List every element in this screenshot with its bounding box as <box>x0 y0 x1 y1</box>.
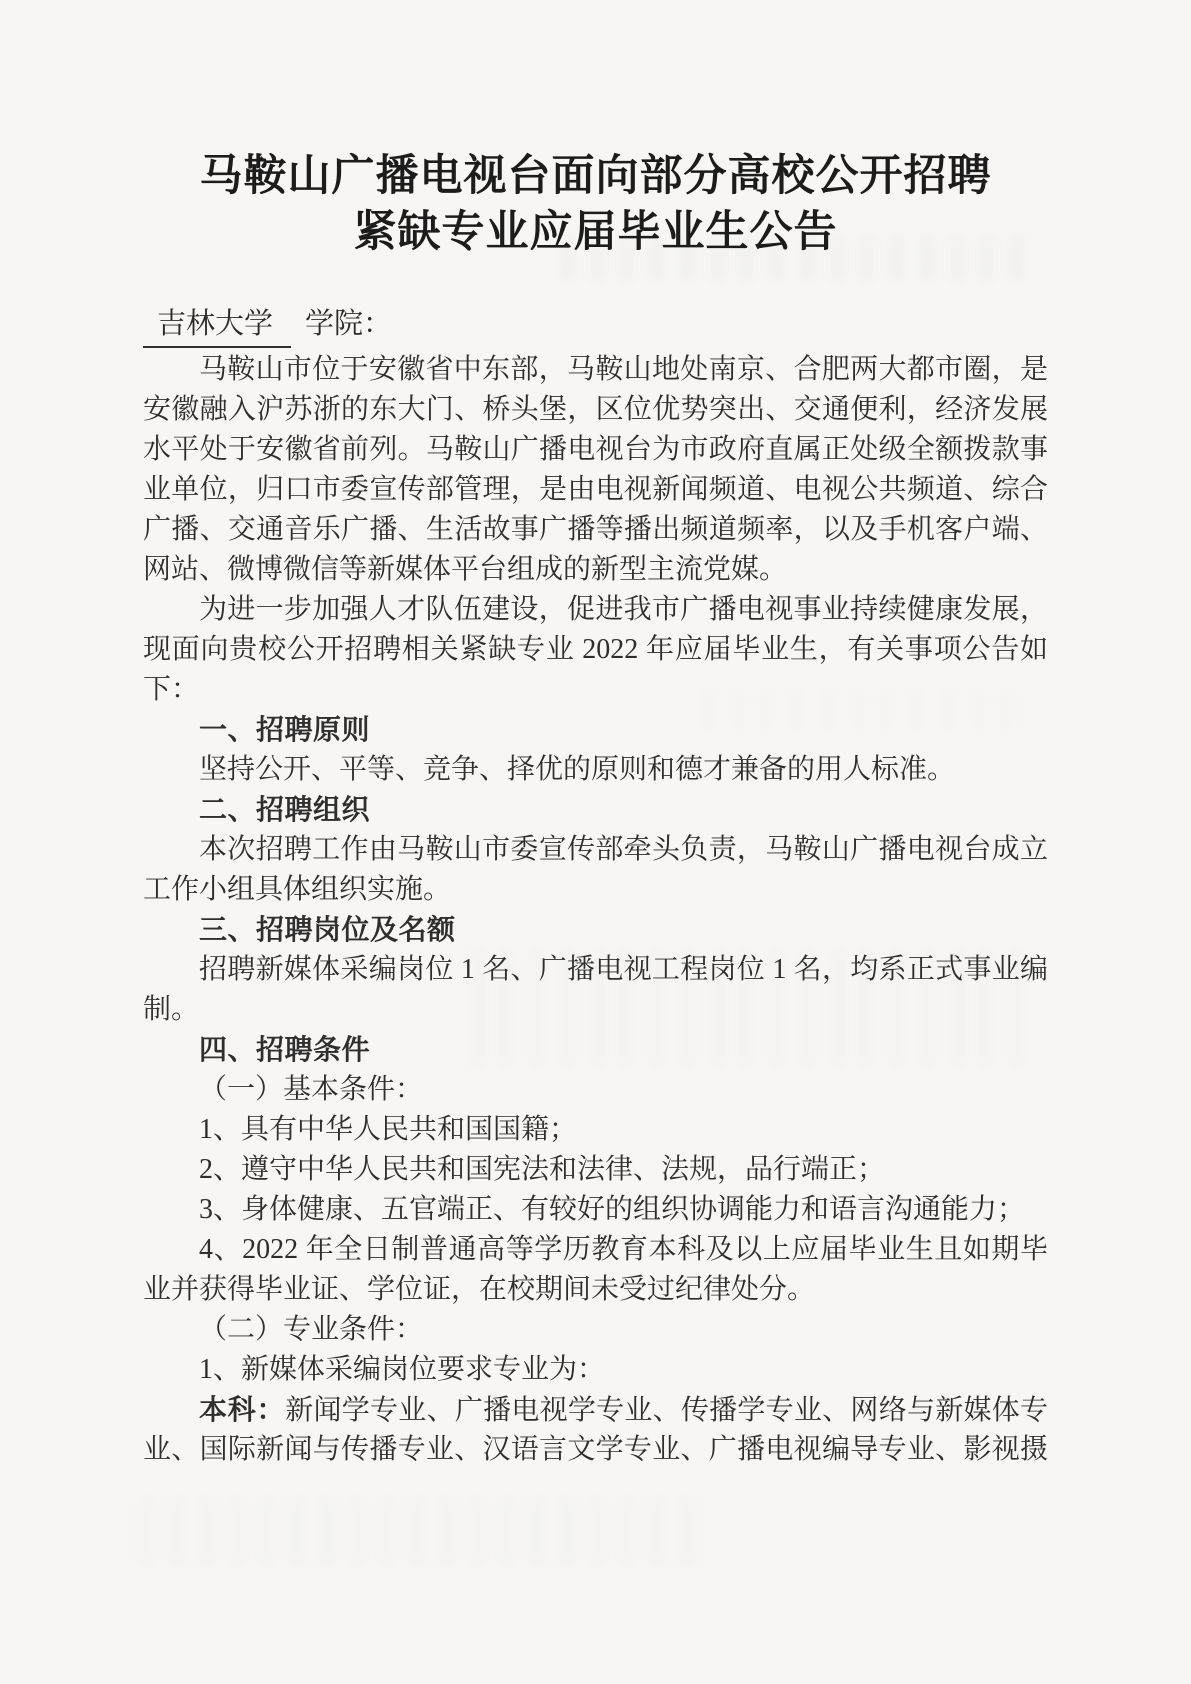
document-title: 马鞍山广播电视台面向部分高校公开招聘 紧缺专业应届毕业生公告 <box>0 148 1191 260</box>
text-run: 新闻学专业、广播电视学专业、传播学专业、网络与新媒体专 <box>285 1395 1048 1426</box>
text-run: 马鞍山市位于安徽省中东部，马鞍山地处南京、合肥两大都市圈，是 <box>199 354 1048 385</box>
bold-text-run: 本科： <box>199 1394 285 1425</box>
text-line: 马鞍山市位于安徽省中东部，马鞍山地处南京、合肥两大都市圈，是 <box>143 350 1048 390</box>
text-line: 业、国际新闻与传播专业、汉语言文学专业、广播电视编导专业、影视摄 <box>143 1430 1048 1470</box>
text-run: 水平处于安徽省前列。马鞍山广播电视台为市政府直属正处级全额拨款事 <box>143 434 1048 465</box>
text-run: 广播、交通音乐广播、生活故事广播等播出频道频率，以及手机客户端、 <box>143 514 1048 545</box>
salutation-line: 吉林大学学院： <box>143 304 392 348</box>
text-line: 安徽融入沪苏浙的东大门、桥头堡，区位优势突出、交通便利，经济发展 <box>143 390 1048 430</box>
text-line: 工作小组具体组织实施。 <box>143 870 1048 910</box>
text-line: 为进一步加强人才队伍建设，促进我市广播电视事业持续健康发展， <box>143 590 1048 630</box>
text-run: 安徽融入沪苏浙的东大门、桥头堡，区位优势突出、交通便利，经济发展 <box>143 394 1048 425</box>
text-line: （二）专业条件： <box>143 1310 1048 1350</box>
text-run: 3、身体健康、五官端正、有较好的组织协调能力和语言沟通能力； <box>199 1194 1025 1225</box>
text-line: 坚持公开、平等、竞争、择优的原则和德才兼备的用人标准。 <box>143 750 1048 790</box>
text-run: 网站、微博微信等新媒体平台组成的新型主流党媒。 <box>143 554 787 585</box>
text-run: 工作小组具体组织实施。 <box>143 874 451 905</box>
text-line: 4、2022 年全日制普通高等学历教育本科及以上应届毕业生且如期毕 <box>143 1230 1048 1270</box>
text-line: 3、身体健康、五官端正、有较好的组织协调能力和语言沟通能力； <box>143 1190 1048 1230</box>
document-body: 马鞍山市位于安徽省中东部，马鞍山地处南京、合肥两大都市圈，是安徽融入沪苏浙的东大… <box>143 350 1048 1470</box>
text-line: 1、新媒体采编岗位要求专业为： <box>143 1350 1048 1390</box>
text-line: 本科：新闻学专业、广播电视学专业、传播学专业、网络与新媒体专 <box>143 1390 1048 1430</box>
title-line-1: 马鞍山广播电视台面向部分高校公开招聘 <box>0 148 1191 204</box>
text-run: 招聘新媒体采编岗位 1 名、广播电视工程岗位 1 名，均系正式事业编 <box>199 954 1048 985</box>
text-run: 本次招聘工作由马鞍山市委宣传部牵头负责，马鞍山广播电视台成立 <box>199 834 1048 865</box>
text-run: 现面向贵校公开招聘相关紧缺专业 2022 年应届毕业生，有关事项公告如 <box>143 634 1048 665</box>
text-run: 业、国际新闻与传播专业、汉语言文学专业、广播电视编导专业、影视摄 <box>143 1434 1048 1465</box>
text-run: 1、具有中华人民共和国国籍； <box>199 1114 577 1145</box>
text-line: 广播、交通音乐广播、生活故事广播等播出频道频率，以及手机客户端、 <box>143 510 1048 550</box>
text-line: 三、招聘岗位及名额 <box>143 910 1048 950</box>
text-line: 四、招聘条件 <box>143 1030 1048 1070</box>
recipient-name: 吉林大学 <box>143 304 291 348</box>
text-line: 现面向贵校公开招聘相关紧缺专业 2022 年应届毕业生，有关事项公告如 <box>143 630 1048 670</box>
scanned-document-page: 马鞍山广播电视台面向部分高校公开招聘 紧缺专业应届毕业生公告 吉林大学学院： 马… <box>0 0 1191 1684</box>
text-run: 下： <box>143 674 199 705</box>
text-line: （一）基本条件： <box>143 1070 1048 1110</box>
text-line: 一、招聘原则 <box>143 710 1048 750</box>
bold-text-run: 四、招聘条件 <box>199 1034 370 1065</box>
text-run: （二）专业条件： <box>199 1314 423 1345</box>
text-line: 本次招聘工作由马鞍山市委宣传部牵头负责，马鞍山广播电视台成立 <box>143 830 1048 870</box>
text-run: 业单位，归口市委宣传部管理，是由电视新闻频道、电视公共频道、综合 <box>143 474 1048 505</box>
text-run: 2、遵守中华人民共和国宪法和法律、法规，品行端正； <box>199 1154 885 1185</box>
text-run: （一）基本条件： <box>199 1074 423 1105</box>
text-run: 4、2022 年全日制普通高等学历教育本科及以上应届毕业生且如期毕 <box>199 1234 1048 1265</box>
text-run: 坚持公开、平等、竞争、择优的原则和德才兼备的用人标准。 <box>199 754 955 785</box>
text-run: 为进一步加强人才队伍建设，促进我市广播电视事业持续健康发展， <box>199 594 1048 625</box>
bold-text-run: 二、招聘组织 <box>199 794 370 825</box>
text-line: 招聘新媒体采编岗位 1 名、广播电视工程岗位 1 名，均系正式事业编 <box>143 950 1048 990</box>
text-line: 业并获得毕业证、学位证，在校期间未受过纪律处分。 <box>143 1270 1048 1310</box>
bold-text-run: 一、招聘原则 <box>199 714 370 745</box>
text-line: 二、招聘组织 <box>143 790 1048 830</box>
text-line: 水平处于安徽省前列。马鞍山广播电视台为市政府直属正处级全额拨款事 <box>143 430 1048 470</box>
text-line: 制。 <box>143 990 1048 1030</box>
text-run: 1、新媒体采编岗位要求专业为： <box>199 1354 605 1385</box>
text-line: 2、遵守中华人民共和国宪法和法律、法规，品行端正； <box>143 1150 1048 1190</box>
bold-text-run: 三、招聘岗位及名额 <box>199 914 456 945</box>
text-run: 制。 <box>143 994 199 1025</box>
text-line: 下： <box>143 670 1048 710</box>
text-line: 网站、微博微信等新媒体平台组成的新型主流党媒。 <box>143 550 1048 590</box>
text-line: 1、具有中华人民共和国国籍； <box>143 1110 1048 1150</box>
salutation-suffix: 学院： <box>305 308 392 340</box>
bleedthrough-artifact <box>140 1496 700 1566</box>
text-run: 业并获得毕业证、学位证，在校期间未受过纪律处分。 <box>143 1274 815 1305</box>
title-line-2: 紧缺专业应届毕业生公告 <box>0 204 1191 260</box>
text-line: 业单位，归口市委宣传部管理，是由电视新闻频道、电视公共频道、综合 <box>143 470 1048 510</box>
